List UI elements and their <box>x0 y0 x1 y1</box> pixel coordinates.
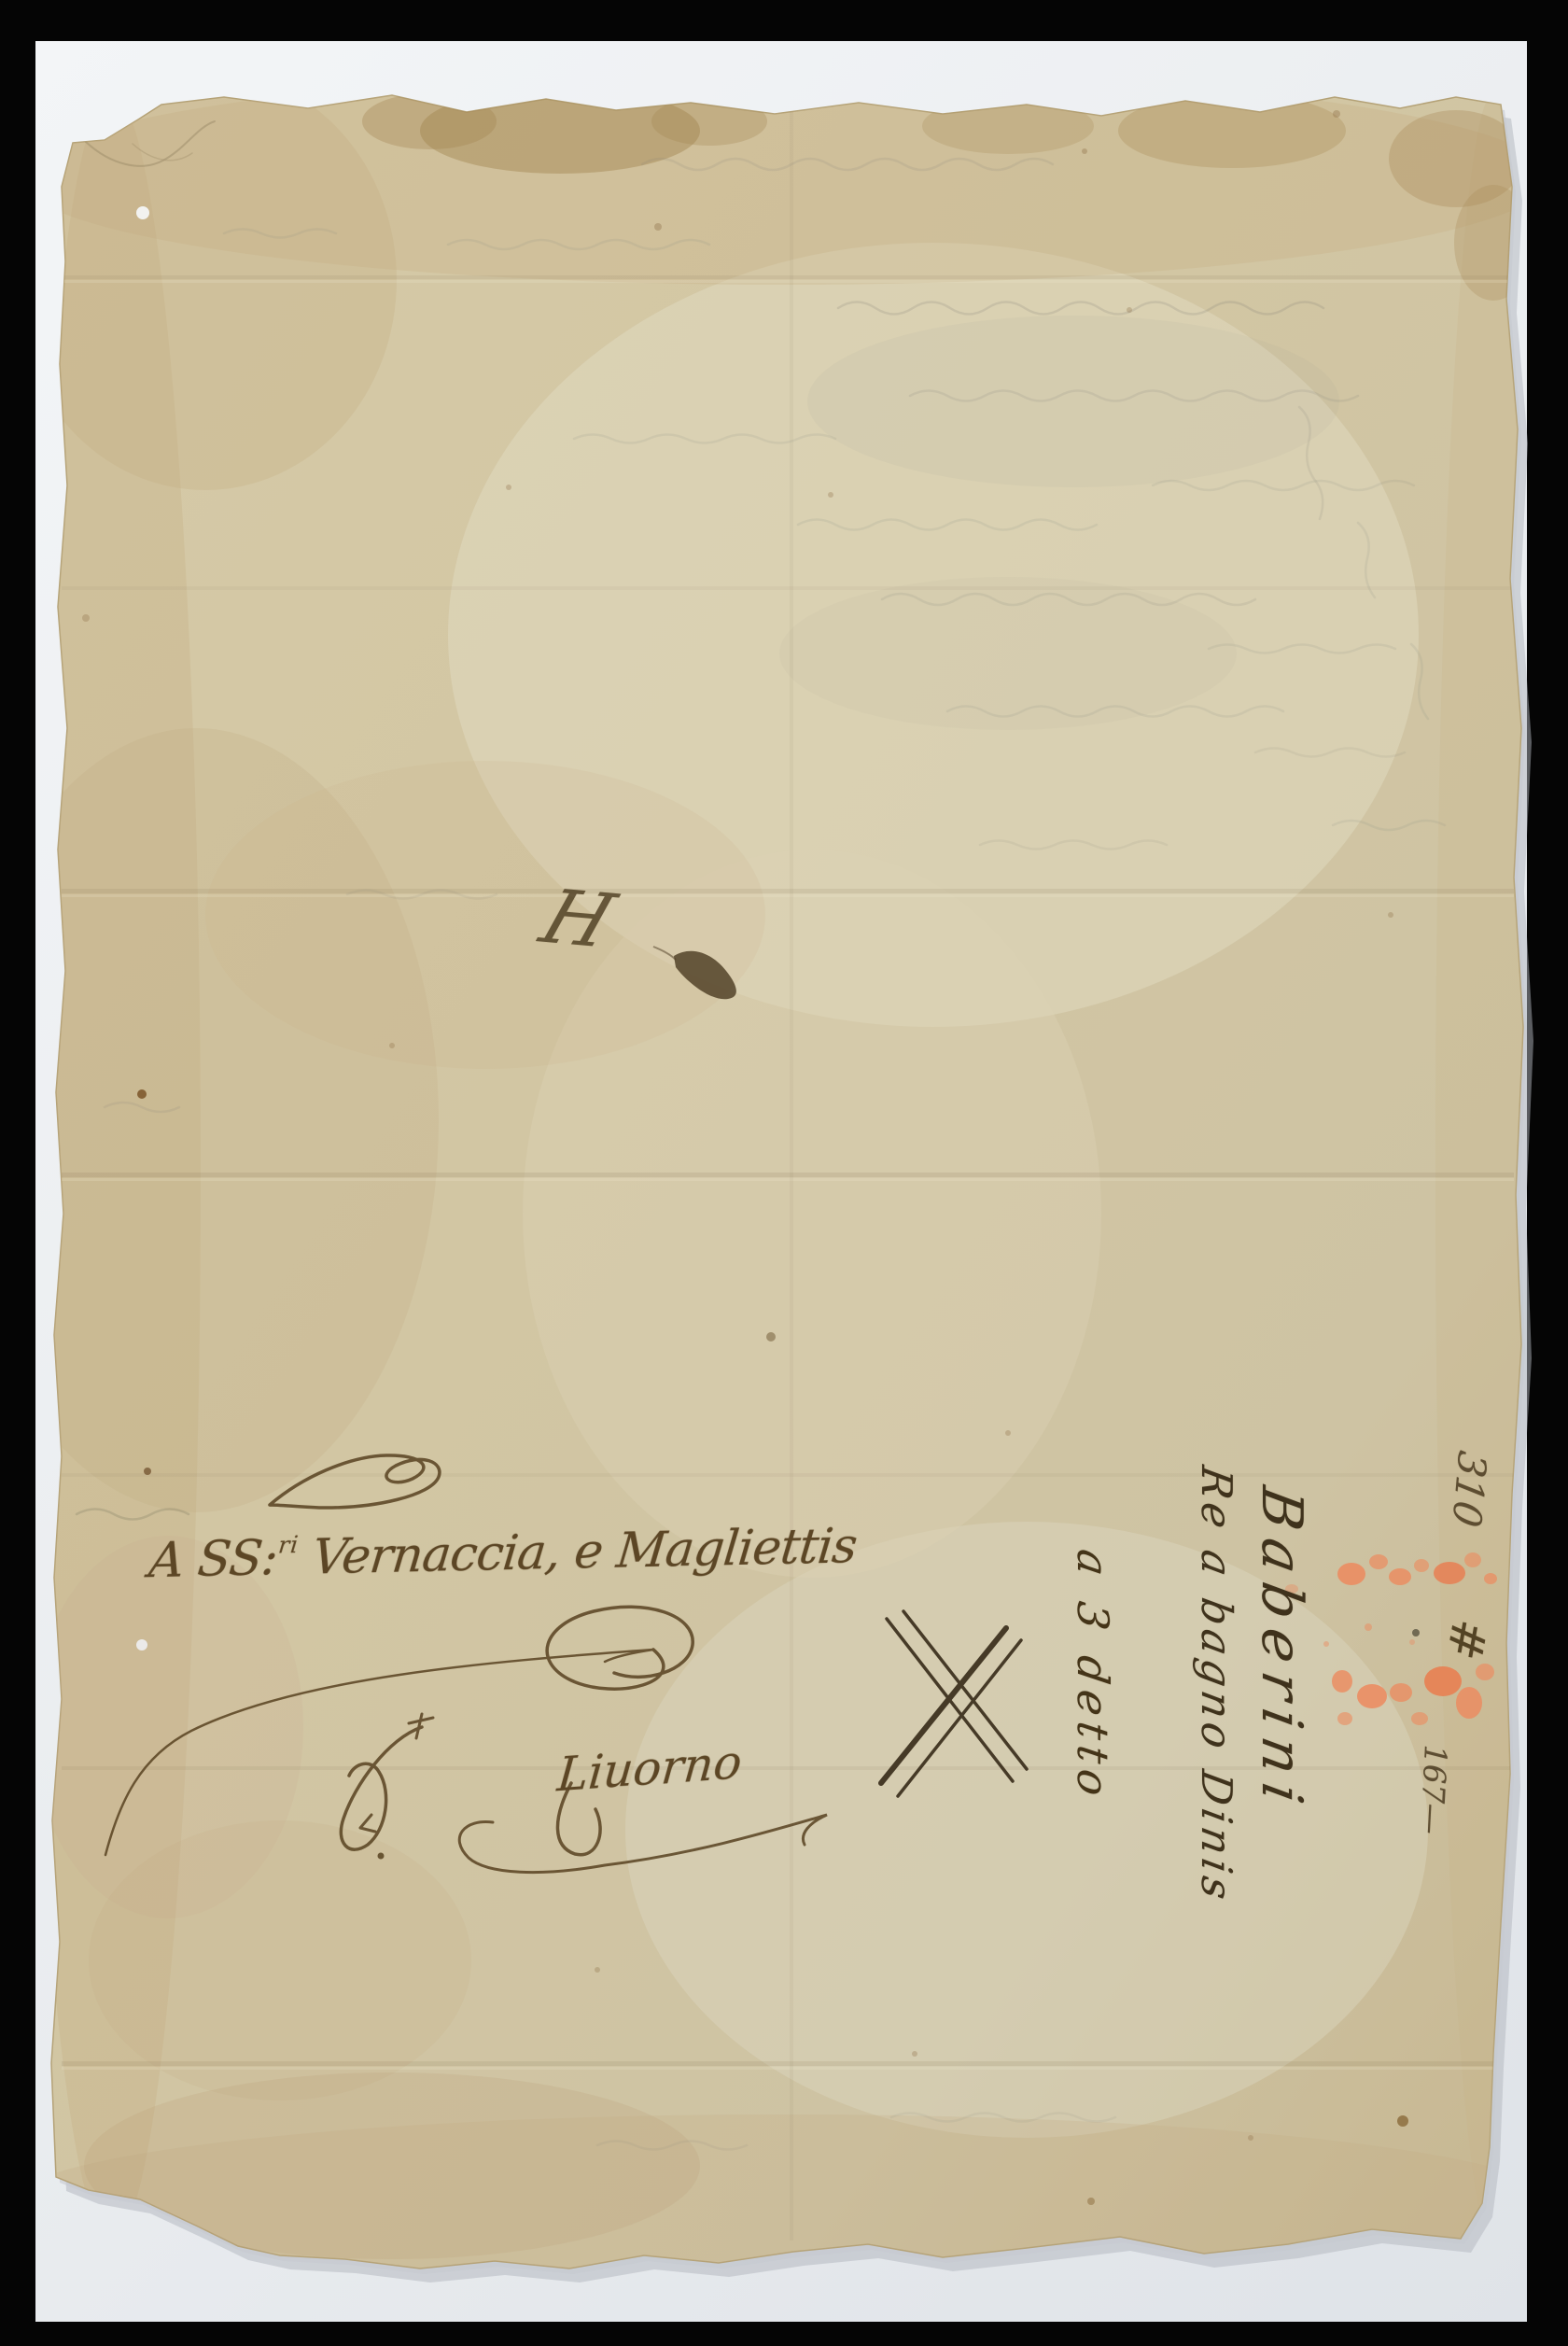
docket-number-bottom: 167— <box>1413 1744 1454 1835</box>
photo-of-letter-verso: A SS:riVernaccia, e Magliettis Liuorno H… <box>0 0 1568 2346</box>
docket-received-line: Re a bagno Dinis <box>1192 1463 1241 1908</box>
address-addressee: Vernaccia, e Magliettis <box>310 1518 860 1585</box>
docket-sender-line: Baberini <box>1249 1482 1314 1819</box>
docket-number-top: 310 <box>1444 1448 1495 1531</box>
address-salutation-superscript: ri <box>277 1531 301 1559</box>
docket-date-note: a 3 detto <box>1068 1546 1118 1805</box>
paper-artwork <box>0 0 1568 2346</box>
address-salutation: A SS: <box>147 1530 280 1589</box>
